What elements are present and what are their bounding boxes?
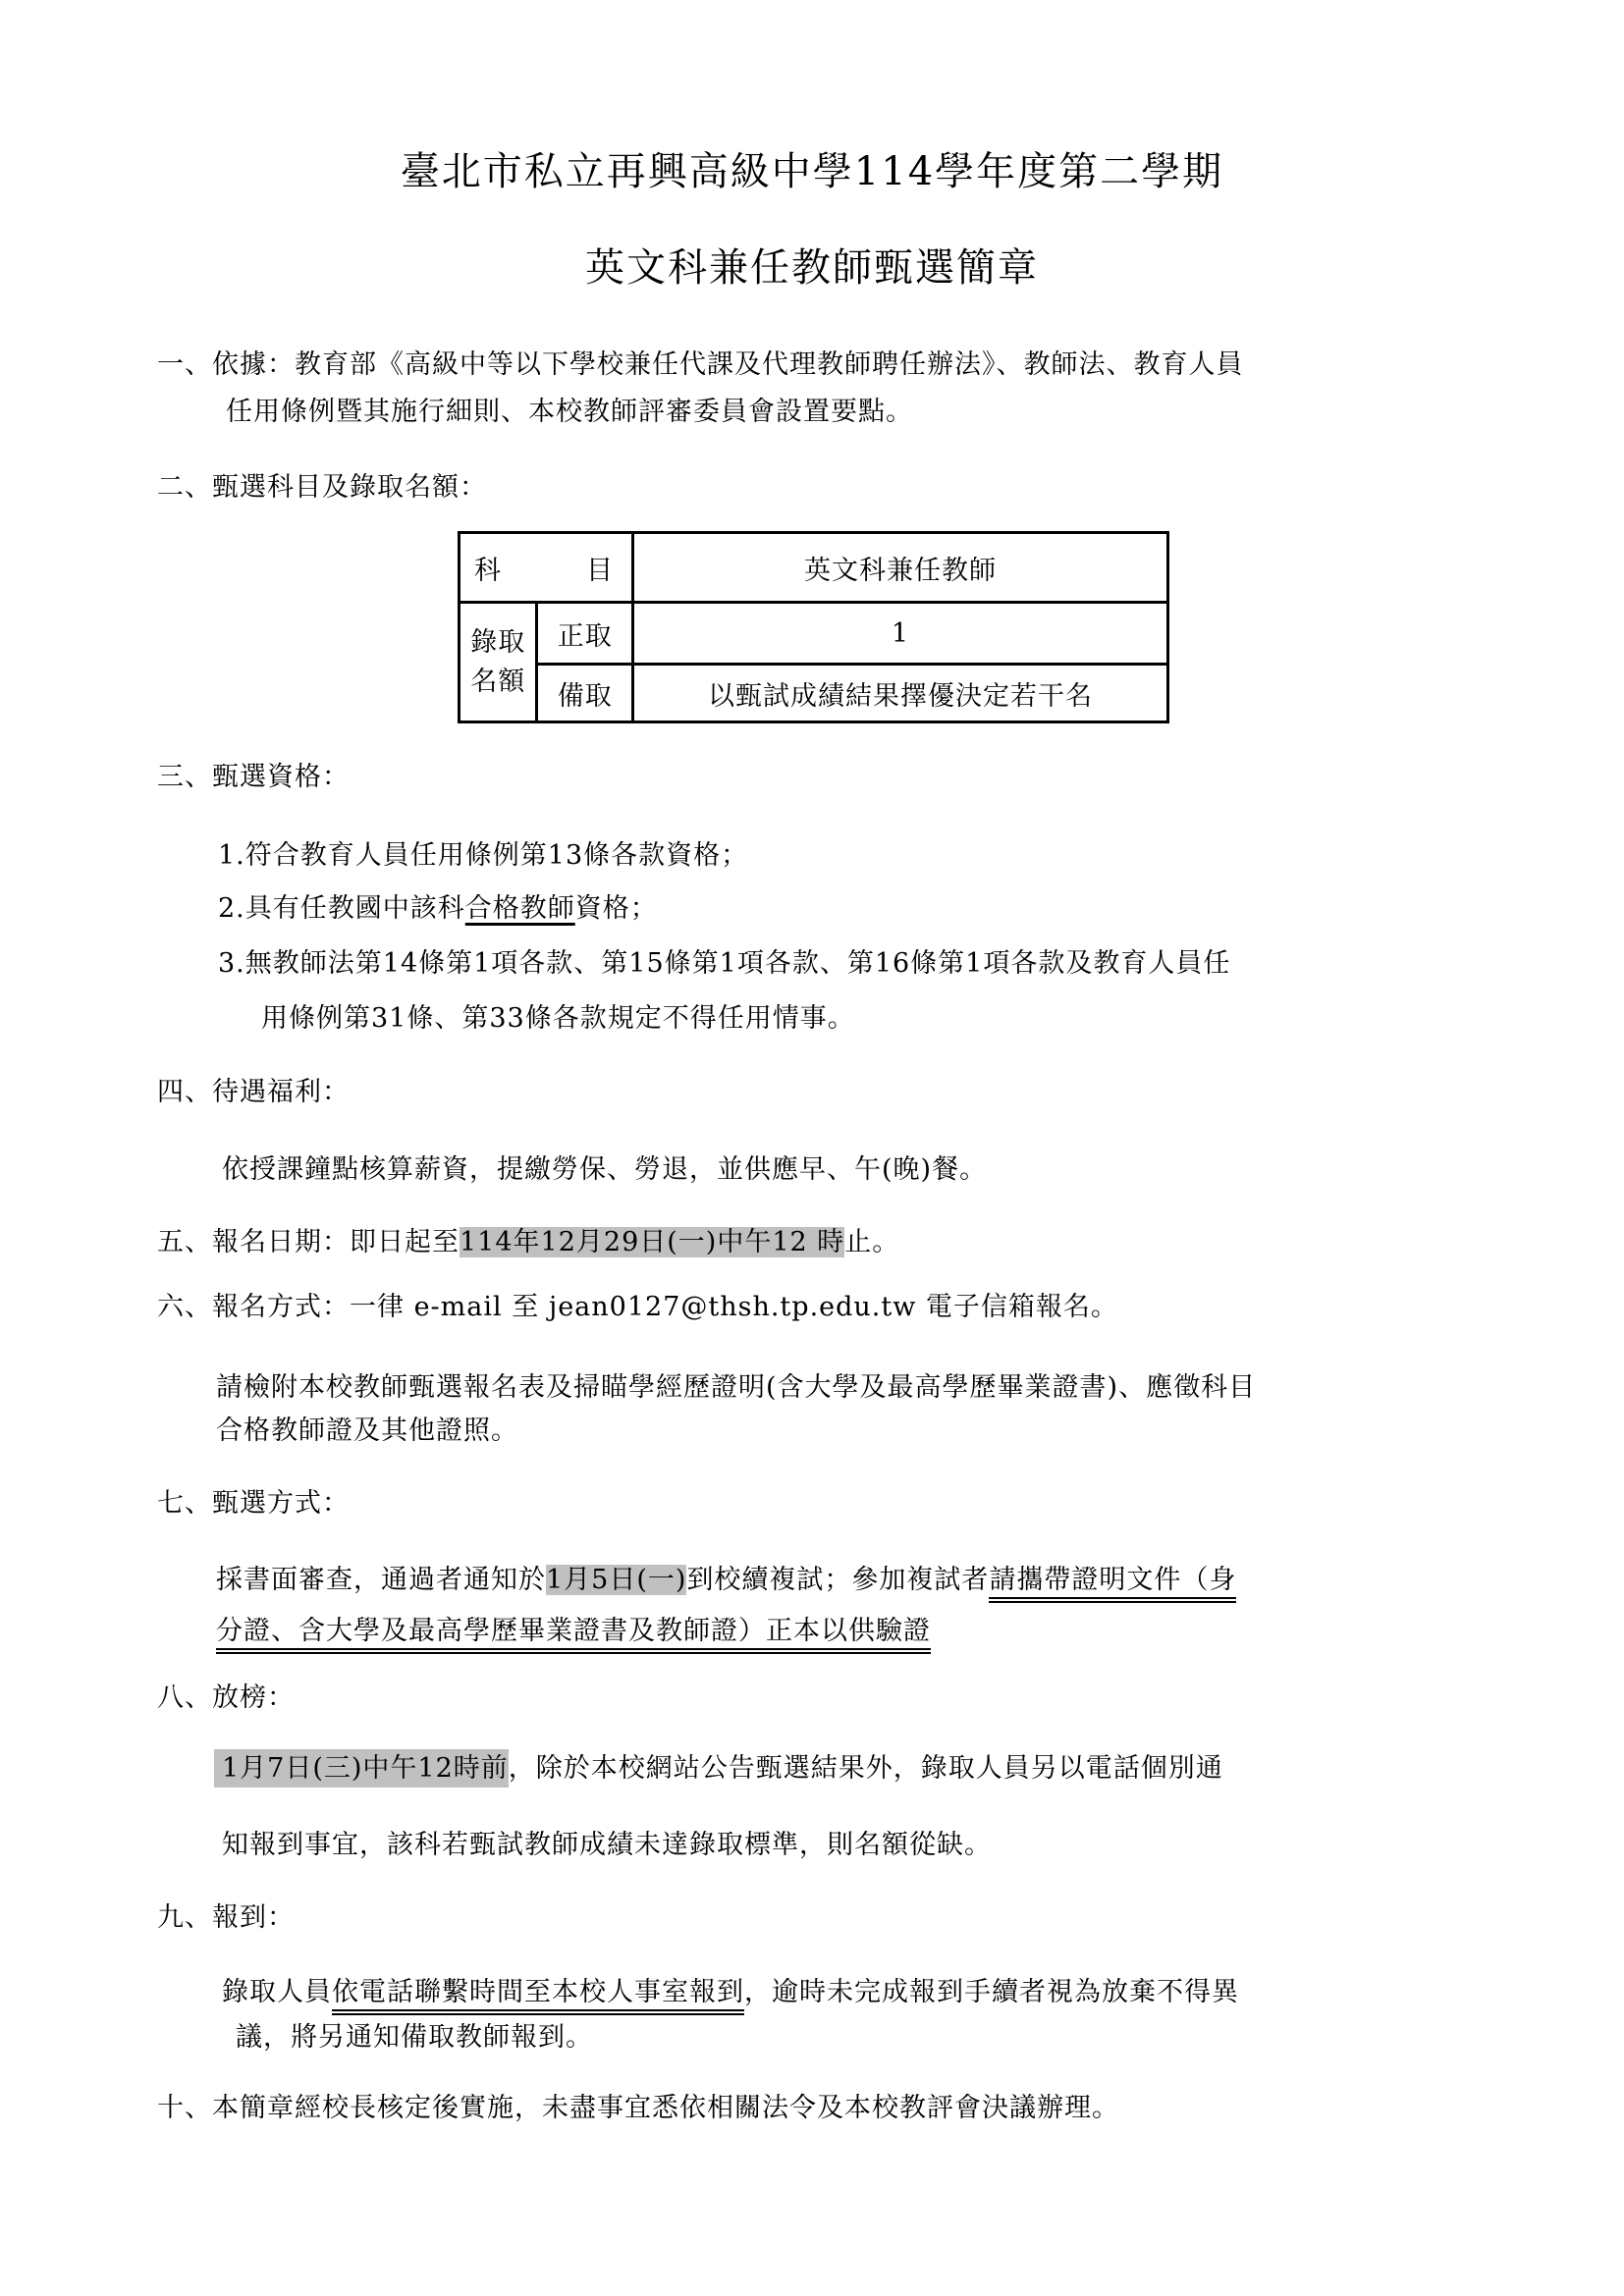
s8-post: ，除於本校網站公告甄選結果外，錄取人員另以電話個別通 [509, 1753, 1223, 1784]
section-6-body-line1: 請檢附本校教師甄選報名表及掃瞄學經歷證明(含大學及最高學歷畢業證書)、應徵科目 [216, 1368, 1256, 1408]
section-8-line1: 1月7日(三)中午12時前，除於本校網站公告甄選結果外，錄取人員另以電話個別通 [214, 1749, 1223, 1789]
section-8-heading: 八、放榜： [157, 1679, 295, 1718]
s7-underlined-2: 分證、含大學及最高學歷畢業證書及教師證）正本以供驗證 [216, 1616, 931, 1654]
item2-pre: 2.具有任教國中該科 [218, 893, 465, 924]
review-date: 1月5日(一) [546, 1565, 686, 1595]
section-9-line1: 錄取人員依電話聯繫時間至本校人事室報到，逾時未完成報到手續者視為放棄不得異 [222, 1973, 1239, 2012]
section-3-heading: 三、甄選資格： [157, 758, 350, 797]
section-3-item2: 2.具有任教國中該科合格教師資格； [218, 889, 658, 929]
subject-label-left: 科 [474, 549, 502, 587]
section-10-line: 十、本簡章經校長核定後實施，未盡事宜悉依相關法令及本校教評會決議辦理。 [157, 2089, 1119, 2128]
backup-label-cell: 備取 [537, 665, 633, 722]
section-2-heading: 二、甄選科目及錄取名額： [157, 468, 487, 507]
document-title-line2: 英文科兼任教師甄選簡章 [0, 243, 1624, 293]
section-1-line1: 一、依據：教育部《高級中等以下學校兼任代課及代理教師聘任辦法》、教師法、教育人員 [157, 346, 1244, 385]
section-6-body-line2: 合格教師證及其他證照。 [216, 1412, 518, 1451]
regular-value-cell: 1 [633, 603, 1168, 665]
section-6-line1: 六、報名方式：一律 e-mail 至 jean0127@thsh.tp.edu.… [157, 1288, 1118, 1327]
section-3-item1: 1.符合教育人員任用條例第13條各款資格； [218, 836, 748, 876]
subject-label-right: 目 [586, 549, 614, 587]
section-8-line2: 知報到事宜，該科若甄試教師成績未達錄取標準，則名額從缺。 [222, 1826, 992, 1865]
subject-value-cell: 英文科兼任教師 [633, 533, 1168, 603]
backup-value-cell: 以甄試成績結果擇優決定若干名 [633, 665, 1168, 722]
quota-label-line2: 名額 [460, 663, 535, 702]
table-row-backup: 備取 以甄試成績結果擇優決定若干名 [460, 665, 1168, 722]
subject-label-cell: 科 目 [460, 533, 633, 603]
s7-pre: 採書面審查，通過者通知於 [216, 1565, 546, 1595]
results-date: 1月7日(三)中午12時前 [214, 1749, 509, 1788]
section-7-line1: 採書面審查，通過者通知於1月5日(一)到校續複試；參加複試者請攜帶證明文件（身 [216, 1561, 1236, 1600]
section-9-line2: 議，將另通知備取教師報到。 [236, 2018, 593, 2057]
s9-underlined: 依電話聯繫時間至本校人事室報到 [332, 1977, 744, 2015]
section-7-line2: 分證、含大學及最高學歷畢業證書及教師證）正本以供驗證 [216, 1612, 931, 1651]
item2-post: 資格； [575, 893, 658, 924]
document-title-line1: 臺北市私立再興高級中學114學年度第二學期 [0, 147, 1624, 196]
s7-underlined-1: 請攜帶證明文件（身 [989, 1565, 1236, 1603]
table-row-subject: 科 目 英文科兼任教師 [460, 533, 1168, 603]
section-4-body: 依授課鐘點核算薪資，提繳勞保、勞退，並供應早、午(晚)餐。 [222, 1150, 987, 1190]
section-7-heading: 七、甄選方式： [157, 1484, 350, 1523]
s9-post: ，逾時未完成報到手續者視為放棄不得異 [744, 1977, 1239, 2007]
document-page: 臺北市私立再興高級中學114學年度第二學期 英文科兼任教師甄選簡章 一、依據：教… [0, 0, 1624, 2296]
s5-post: 止。 [844, 1227, 899, 1257]
section-3-item3-line2: 用條例第31條、第33條各款規定不得任用情事。 [261, 999, 855, 1039]
quota-label-cell: 錄取 名額 [460, 603, 537, 722]
quota-table: 科 目 英文科兼任教師 錄取 名額 正取 1 備取 以甄試成績結果擇優決定若干名 [458, 531, 1169, 723]
section-4-heading: 四、待遇福利： [157, 1073, 350, 1112]
section-5-line: 五、報名日期：即日起至114年12月29日(一)中午12 時止。 [157, 1223, 899, 1262]
regular-label-cell: 正取 [537, 603, 633, 665]
item2-underlined: 合格教師 [465, 893, 575, 924]
s7-mid: 到校續複試；參加複試者 [686, 1565, 989, 1595]
section-9-heading: 九、報到： [157, 1898, 295, 1938]
s9-pre: 錄取人員 [222, 1977, 332, 2007]
s5-pre: 五、報名日期：即日起至 [157, 1227, 460, 1257]
quota-label-line1: 錄取 [460, 623, 535, 663]
section-3-item3-line1: 3.無教師法第14條第1項各款、第15條第1項各款、第16條第1項各款及教育人員… [218, 944, 1230, 984]
section-1-line2: 任用條例暨其施行細則、本校教師評審委員會設置要點。 [226, 393, 913, 432]
registration-deadline: 114年12月29日(一)中午12 時 [460, 1227, 844, 1257]
table-row-regular: 錄取 名額 正取 1 [460, 603, 1168, 665]
